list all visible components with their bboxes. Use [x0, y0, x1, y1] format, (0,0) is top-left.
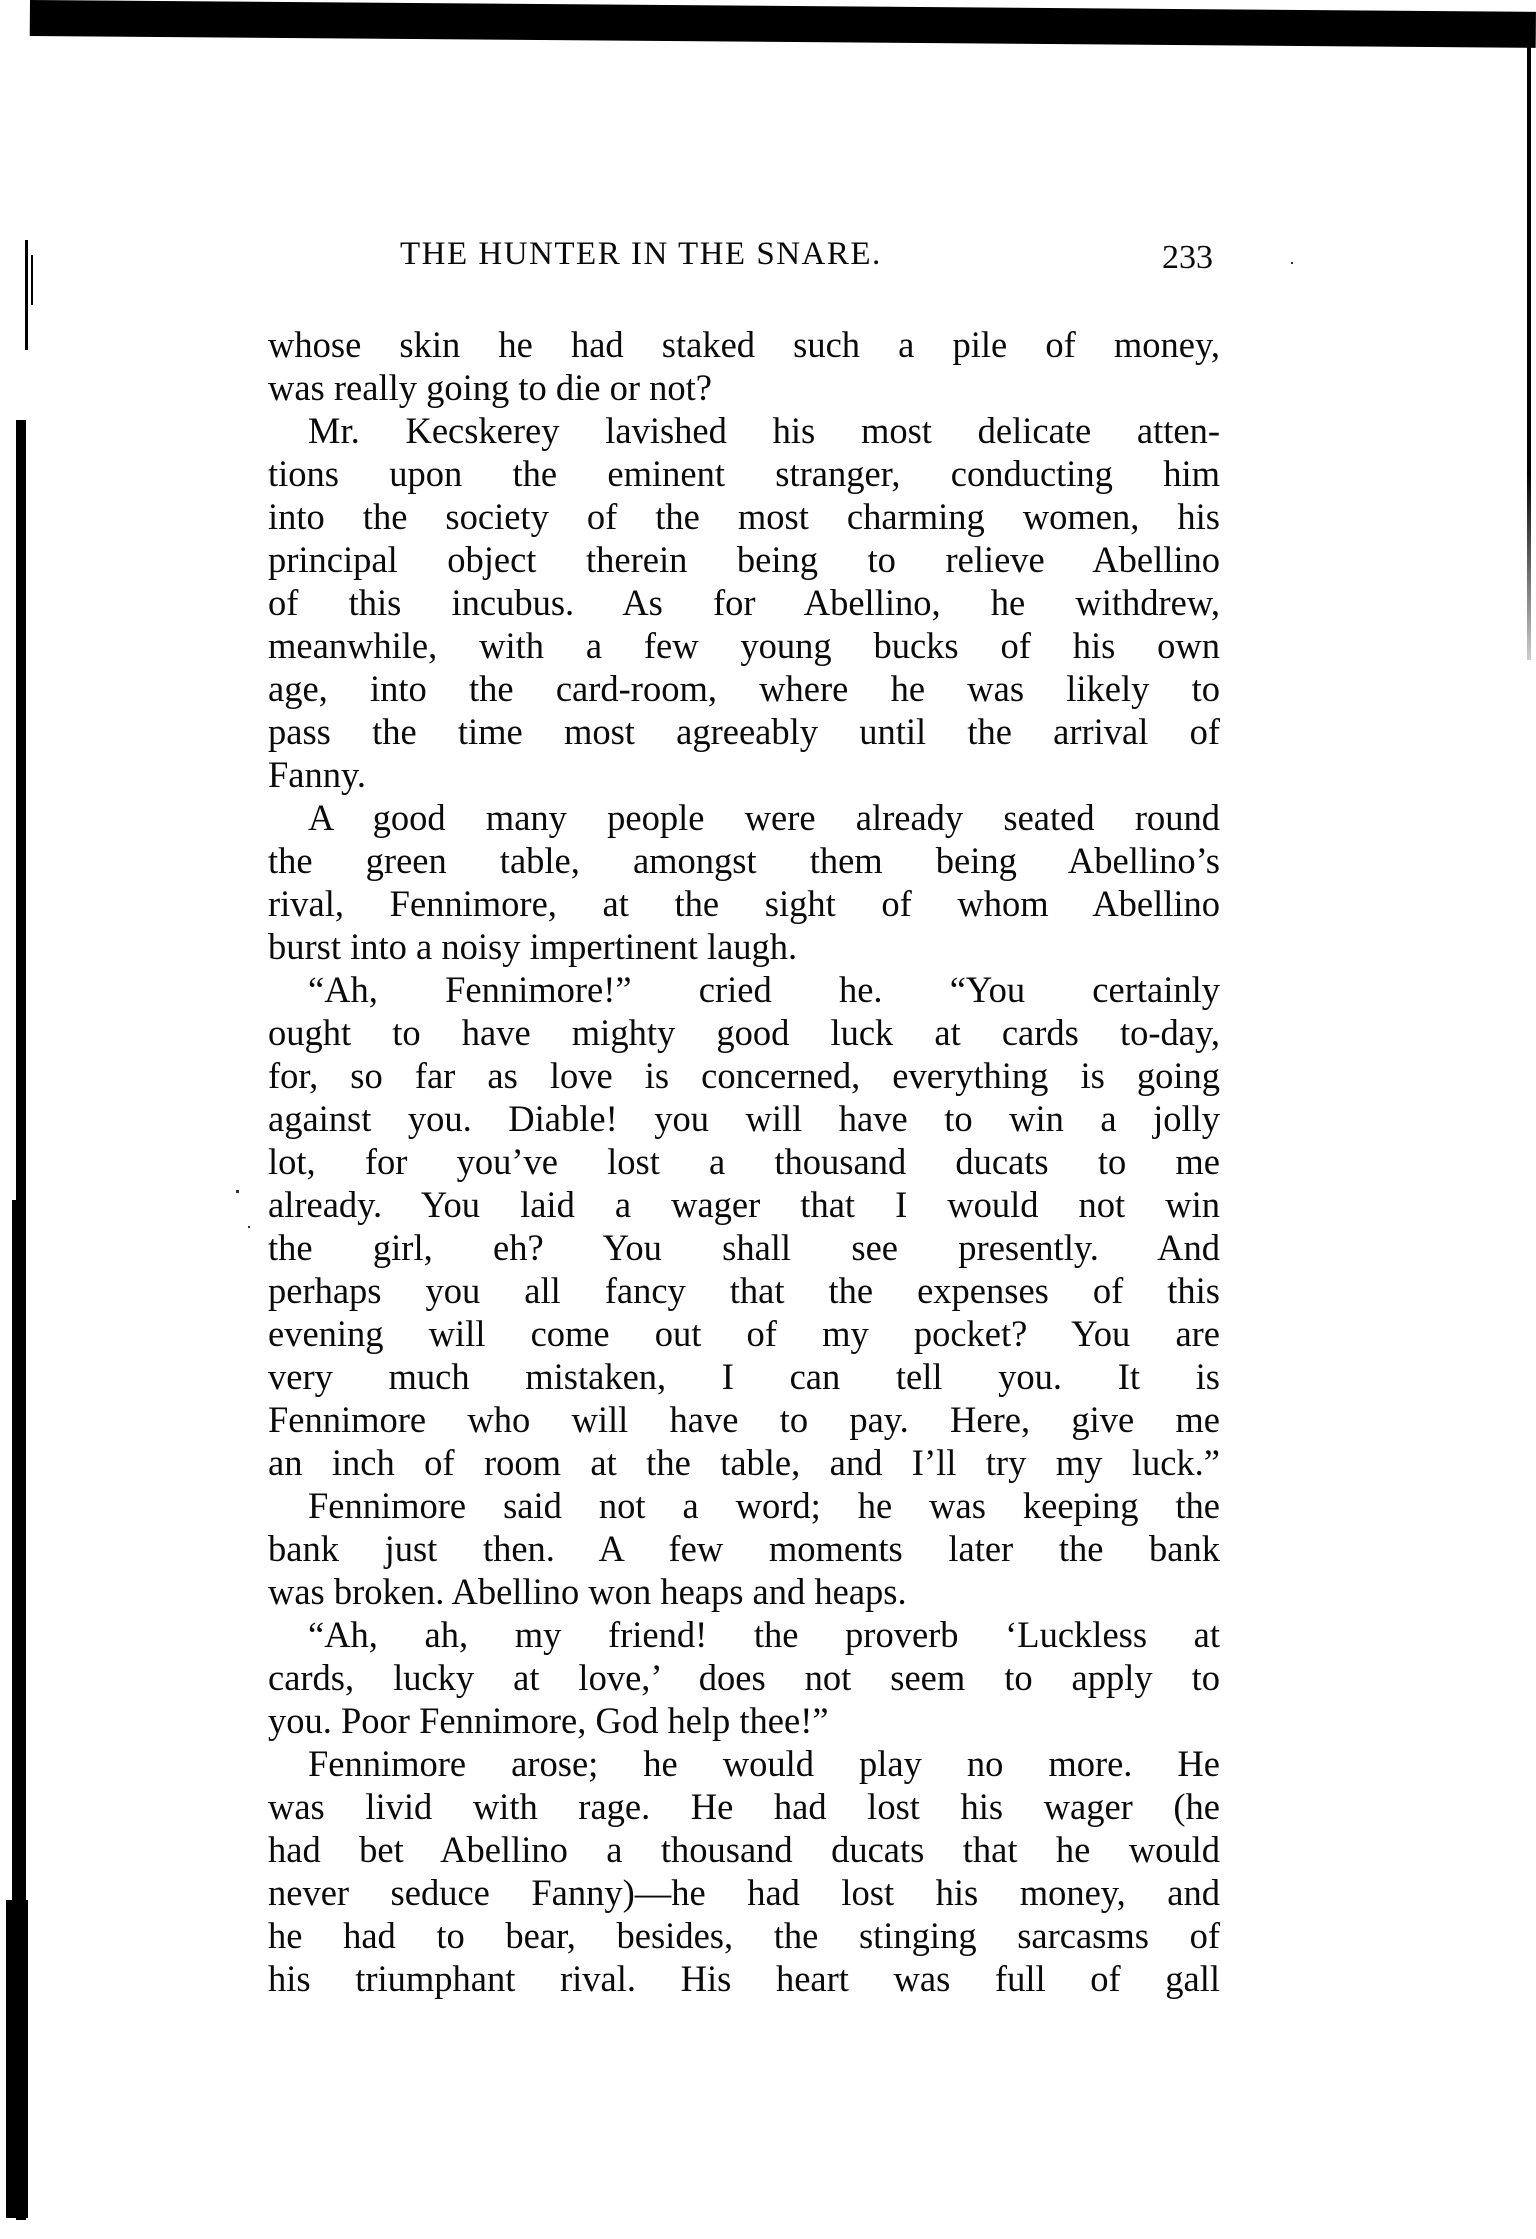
text-line: lot, for you’ve lost a thousand ducats t… — [268, 1140, 1220, 1183]
text-line: ought to have mighty good luck at cards … — [268, 1011, 1220, 1054]
scan-binding-edge — [6, 1900, 28, 2218]
scan-mark-left — [25, 240, 28, 350]
text-line: meanwhile, with a few young bucks of his… — [268, 624, 1220, 667]
text-line: Fennimore arose; he would play no more. … — [268, 1742, 1220, 1785]
text-line: cards, lucky at love,’ does not seem to … — [268, 1656, 1220, 1699]
text-line: tions upon the eminent stranger, conduct… — [268, 452, 1220, 495]
text-line: into the society of the most charming wo… — [268, 495, 1220, 538]
text-line: against you. Diable! you will have to wi… — [268, 1097, 1220, 1140]
text-line: bank just then. A few moments later the … — [268, 1527, 1220, 1570]
text-line: an inch of room at the table, and I’ll t… — [268, 1441, 1220, 1484]
text-line: A good many people were already seated r… — [268, 796, 1220, 839]
scan-speck — [236, 1190, 239, 1193]
scan-border-top — [30, 0, 1536, 48]
text-line: was really going to die or not? — [268, 366, 1220, 409]
text-line: Fennimore who will have to pay. Here, gi… — [268, 1398, 1220, 1441]
scan-border-right — [1527, 40, 1531, 660]
text-line: had bet Abellino a thousand ducats that … — [268, 1828, 1220, 1871]
scan-speck — [1291, 262, 1293, 264]
text-line: perhaps you all fancy that the expenses … — [268, 1269, 1220, 1312]
text-line: Mr. Kecskerey lavished his most delicate… — [268, 409, 1220, 452]
text-line: for, so far as love is concerned, everyt… — [268, 1054, 1220, 1097]
text-line: was broken. Abellino won heaps and heaps… — [268, 1570, 1220, 1613]
text-line: rival, Fennimore, at the sight of whom A… — [268, 882, 1220, 925]
scan-binding-edge — [12, 1200, 26, 1900]
text-line: of this incubus. As for Abellino, he wit… — [268, 581, 1220, 624]
text-line: the green table, amongst them being Abel… — [268, 839, 1220, 882]
text-line: Fennimore said not a word; he was keepin… — [268, 1484, 1220, 1527]
text-line: the girl, eh? You shall see presently. A… — [268, 1226, 1220, 1269]
text-line: pass the time most agreeably until the a… — [268, 710, 1220, 753]
text-line: was livid with rage. He had lost his wag… — [268, 1785, 1220, 1828]
text-line: “Ah, ah, my friend! the proverb ‘Luckles… — [268, 1613, 1220, 1656]
text-line: burst into a noisy impertinent laugh. — [268, 925, 1220, 968]
body-text: whose skin he had staked such a pile of … — [268, 323, 1220, 2000]
running-head-title: THE HUNTER IN THE SNARE. — [400, 232, 882, 276]
text-line: evening will come out of my pocket? You … — [268, 1312, 1220, 1355]
text-line: you. Poor Fennimore, God help thee!” — [268, 1699, 1220, 1742]
text-line: already. You laid a wager that I would n… — [268, 1183, 1220, 1226]
text-line: Fanny. — [268, 753, 1220, 796]
text-line: principal object therein being to reliev… — [268, 538, 1220, 581]
running-head: THE HUNTER IN THE SNARE. 233 — [400, 232, 1230, 276]
text-line: whose skin he had staked such a pile of … — [268, 323, 1220, 366]
scan-speck — [248, 1226, 250, 1228]
page-number: 233 — [1162, 236, 1213, 280]
text-line: “Ah, Fennimore!” cried he. “You certainl… — [268, 968, 1220, 1011]
text-line: his triumphant rival. His heart was full… — [268, 1957, 1220, 2000]
text-line: very much mistaken, I can tell you. It i… — [268, 1355, 1220, 1398]
text-line: age, into the card-room, where he was li… — [268, 667, 1220, 710]
scan-mark-left — [31, 255, 33, 305]
text-line: he had to bear, besides, the stinging sa… — [268, 1914, 1220, 1957]
text-line: never seduce Fanny)—he had lost his mone… — [268, 1871, 1220, 1914]
